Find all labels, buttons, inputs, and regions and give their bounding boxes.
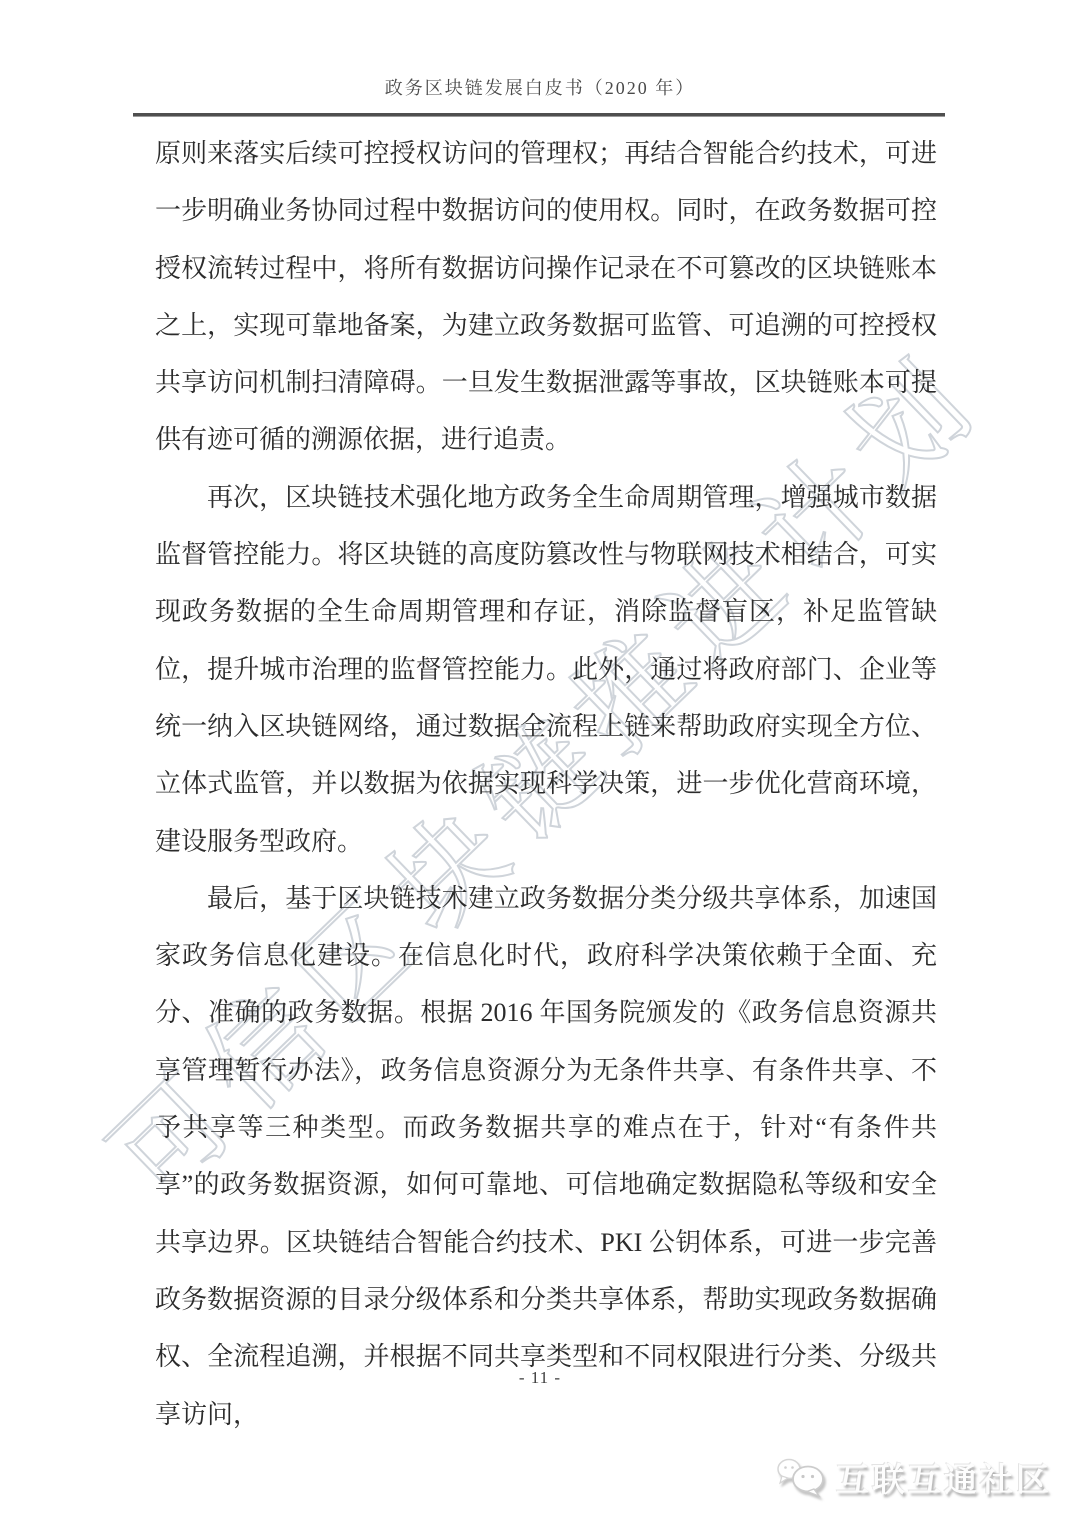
paragraph-1: 原则来落实后续可控授权访问的管理权；再结合智能合约技术，可进一步明确业务协同过程… <box>155 125 937 469</box>
document-body: 原则来落实后续可控授权访问的管理权；再结合智能合约技术，可进一步明确业务协同过程… <box>155 125 937 1443</box>
paragraph-2: 再次，区块链技术强化地方政务全生命周期管理，增强城市数据监督管控能力。将区块链的… <box>155 469 937 870</box>
brand-name: 互联互通社区 <box>836 1454 1052 1501</box>
document-page: 可信区块链推进计划 政务区块链发展白皮书（2020 年） 原则来落实后续可控授权… <box>0 0 1080 1527</box>
chat-bubbles-icon <box>776 1456 828 1500</box>
brand-badge: 互联互通社区 <box>776 1454 1052 1501</box>
paragraph-3: 最后，基于区块链技术建立政务数据分类分级共享体系，加速国家政务信息化建设。在信息… <box>155 870 937 1443</box>
page-header-title: 政务区块链发展白皮书（2020 年） <box>0 74 1080 100</box>
page-number: - 11 - <box>0 1368 1080 1388</box>
header-divider <box>133 113 945 117</box>
